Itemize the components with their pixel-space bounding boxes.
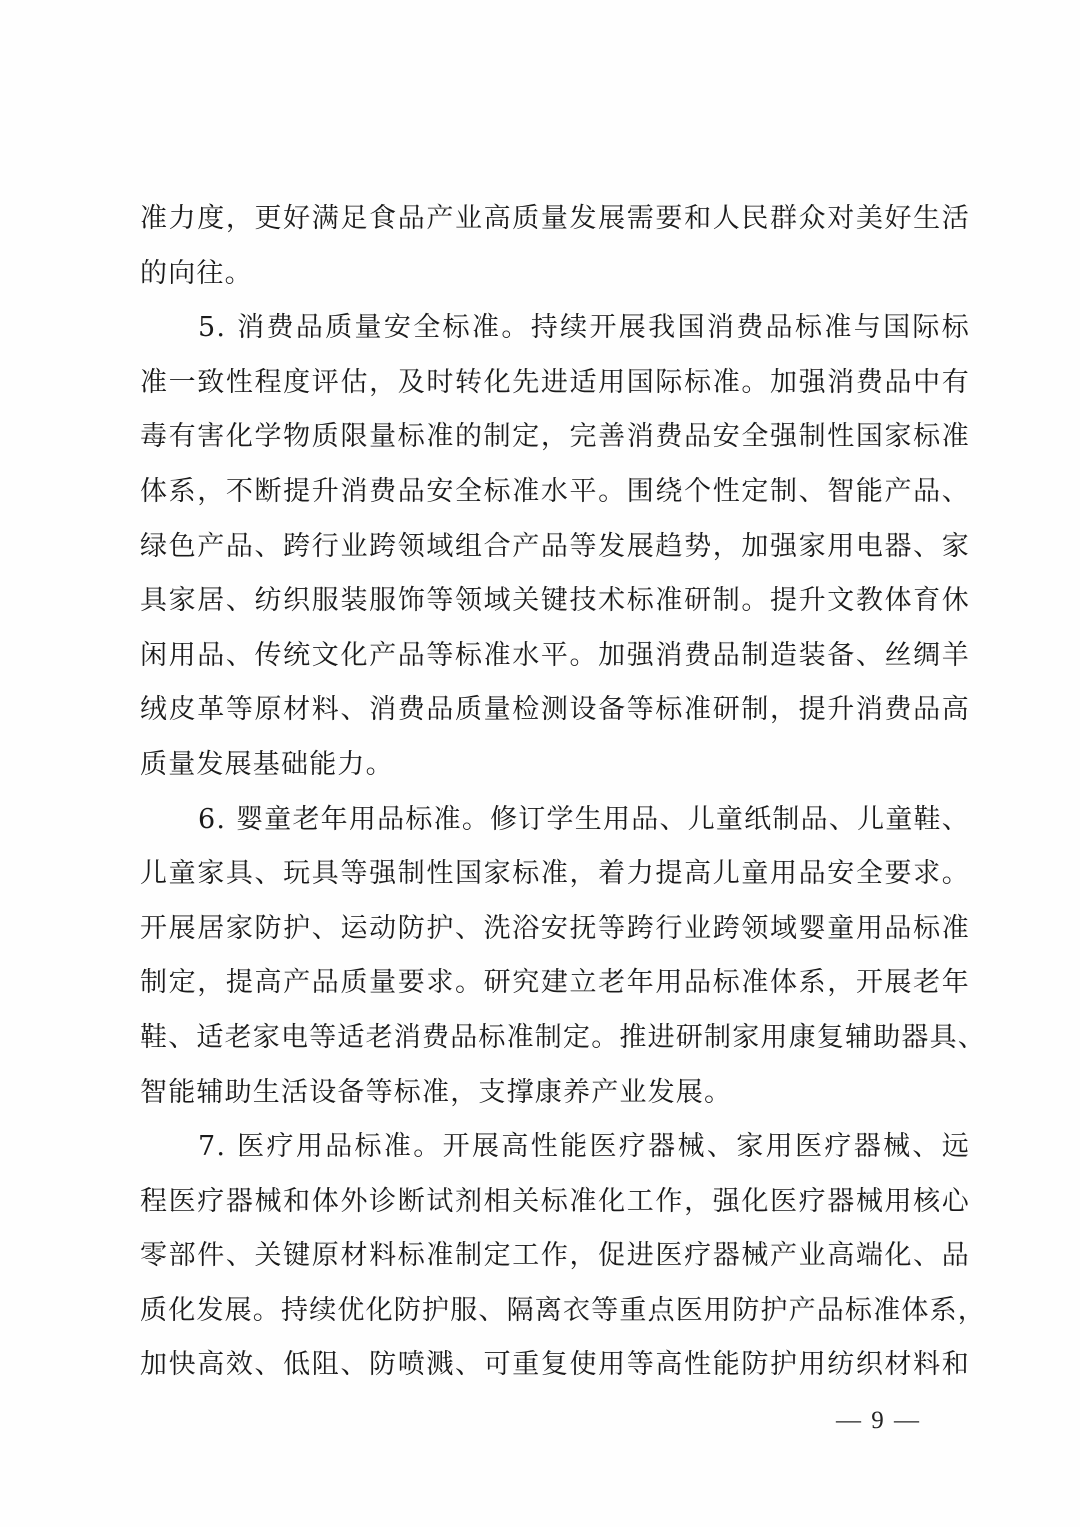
- text-line: 制定，提高产品质量要求。研究建立老年用品标准体系，开展老年: [140, 956, 970, 1011]
- text-line: 质量发展基础能力。: [140, 738, 970, 793]
- text-line: 毒有害化学物质限量标准的制定，完善消费品安全强制性国家标准: [140, 410, 970, 465]
- text-line: 准力度，更好满足食品产业高质量发展需要和人民群众对美好生活: [140, 192, 970, 247]
- text-line: 体系，不断提升消费品安全标准水平。围绕个性定制、智能产品、: [140, 465, 970, 520]
- text-line: 加快高效、低阻、防喷溅、可重复使用等高性能防护用纺织材料和: [140, 1338, 970, 1393]
- text-line: 准一致性程度评估，及时转化先进适用国际标准。加强消费品中有: [140, 356, 970, 411]
- text-line: 闲用品、传统文化产品等标准水平。加强消费品制造装备、丝绸羊: [140, 629, 970, 684]
- text-line: 质化发展。持续优化防护服、隔离衣等重点医用防护产品标准体系，: [140, 1284, 970, 1339]
- text-line: 绒皮革等原材料、消费品质量检测设备等标准研制，提升消费品高: [140, 683, 970, 738]
- item-7-heading-line: 7. 医疗用品标准。开展高性能医疗器械、家用医疗器械、远: [140, 1120, 970, 1175]
- item-5-heading-line: 5. 消费品质量安全标准。持续开展我国消费品标准与国际标: [140, 301, 970, 356]
- text-line: 绿色产品、跨行业跨领域组合产品等发展趋势，加强家用电器、家: [140, 520, 970, 575]
- text-line: 儿童家具、玩具等强制性国家标准，着力提高儿童用品安全要求。: [140, 847, 970, 902]
- page-number: — 9 —: [836, 1406, 921, 1436]
- text-line: 智能辅助生活设备等标准，支撑康养产业发展。: [140, 1066, 970, 1121]
- text-line: 鞋、适老家电等适老消费品标准制定。推进研制家用康复辅助器具、: [140, 1011, 970, 1066]
- text-line: 开展居家防护、运动防护、洗浴安抚等跨行业跨领域婴童用品标准: [140, 902, 970, 957]
- text-line: 的向往。: [140, 247, 970, 302]
- item-6-heading-line: 6. 婴童老年用品标准。修订学生用品、儿童纸制品、儿童鞋、: [140, 793, 970, 848]
- text-line: 零部件、关键原材料标准制定工作，促进医疗器械产业高端化、品: [140, 1229, 970, 1284]
- text-line: 具家居、纺织服装服饰等领域关键技术标准研制。提升文教体育休: [140, 574, 970, 629]
- body-text: 准力度，更好满足食品产业高质量发展需要和人民群众对美好生活 的向往。 5. 消费…: [140, 192, 970, 1393]
- document-page: 准力度，更好满足食品产业高质量发展需要和人民群众对美好生活 的向往。 5. 消费…: [0, 0, 1080, 1527]
- text-line: 程医疗器械和体外诊断试剂相关标准化工作，强化医疗器械用核心: [140, 1175, 970, 1230]
